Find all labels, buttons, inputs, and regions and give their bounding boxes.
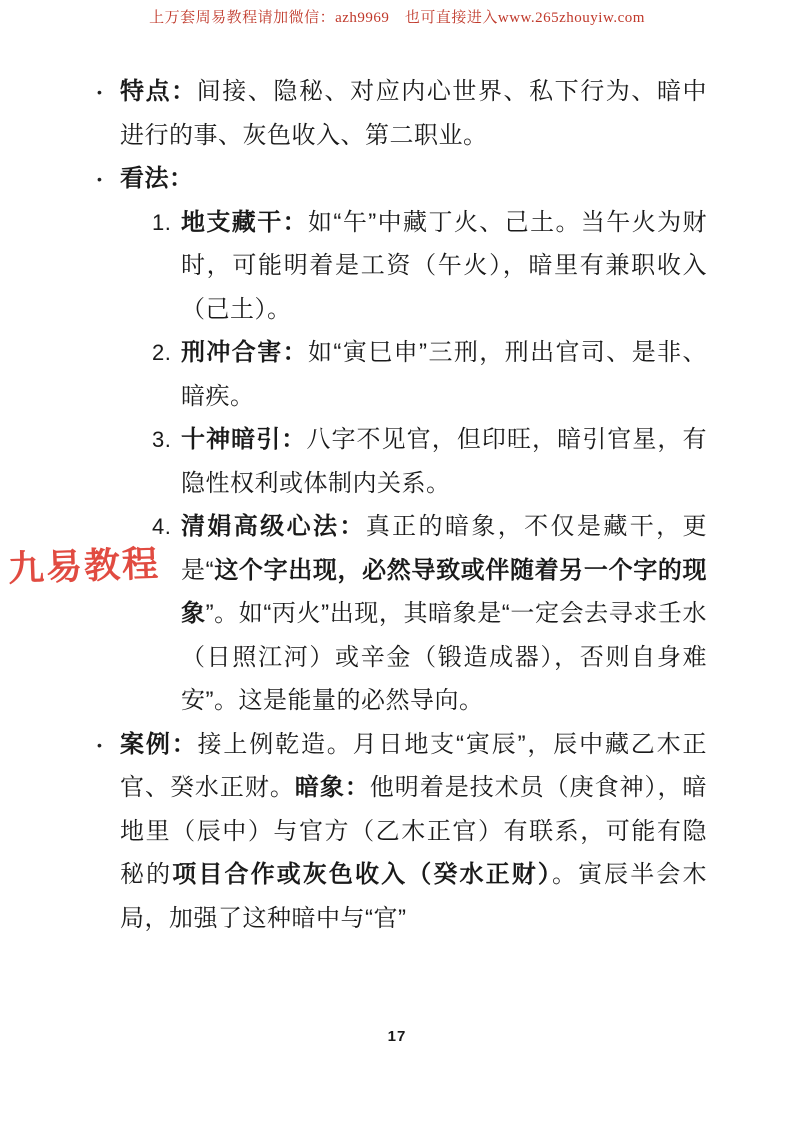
watermark: 九易教程 <box>7 536 161 592</box>
bullet-marker: • <box>97 71 102 115</box>
paragraph-text: 刑冲合害：如“寅巳申”三刑，刑出官司、是非、暗疾。 <box>181 331 707 418</box>
list-number: 3. <box>152 418 171 462</box>
paragraph: •特点：间接、隐秘、对应内心世界、私下行为、暗中进行的事、灰色收入、第二职业。 <box>95 70 707 157</box>
document-body: •特点：间接、隐秘、对应内心世界、私下行为、暗中进行的事、灰色收入、第二职业。•… <box>95 70 707 940</box>
paragraph-text: 案例：接上例乾造。月日地支“寅辰”，辰中藏乙木正官、癸水正财。暗象：他明着是技术… <box>120 723 707 941</box>
header-ad-text: 上万套周易教程请加微信：azh9969 也可直接进入www.265zhouyiw… <box>0 6 794 27</box>
paragraph: 1.地支藏干：如“午”中藏丁火、己土。当午火为财时，可能明着是工资（午火），暗里… <box>152 201 707 332</box>
bullet-marker: • <box>97 724 102 768</box>
paragraph-text: 清娟高级心法：真正的暗象，不仅是藏干，更是“这个字出现，必然导致或伴随着另一个字… <box>181 505 707 723</box>
paragraph-text: 看法： <box>120 157 707 201</box>
paragraph: 4.清娟高级心法：真正的暗象，不仅是藏干，更是“这个字出现，必然导致或伴随着另一… <box>152 505 707 723</box>
paragraph: 3.十神暗引：八字不见官，但印旺，暗引官星，有隐性权利或体制内关系。 <box>152 418 707 505</box>
page-number: 17 <box>0 1028 794 1045</box>
paragraph: 2.刑冲合害：如“寅巳申”三刑，刑出官司、是非、暗疾。 <box>152 331 707 418</box>
bullet-marker: • <box>97 158 102 202</box>
paragraph-text: 十神暗引：八字不见官，但印旺，暗引官星，有隐性权利或体制内关系。 <box>181 418 707 505</box>
paragraph: •看法： <box>95 157 707 201</box>
paragraph-text: 特点：间接、隐秘、对应内心世界、私下行为、暗中进行的事、灰色收入、第二职业。 <box>120 70 707 157</box>
list-number: 2. <box>152 331 171 375</box>
list-number: 1. <box>152 201 171 245</box>
paragraph-text: 地支藏干：如“午”中藏丁火、己土。当午火为财时，可能明着是工资（午火），暗里有兼… <box>181 201 707 332</box>
paragraph: •案例：接上例乾造。月日地支“寅辰”，辰中藏乙木正官、癸水正财。暗象：他明着是技… <box>95 723 707 941</box>
